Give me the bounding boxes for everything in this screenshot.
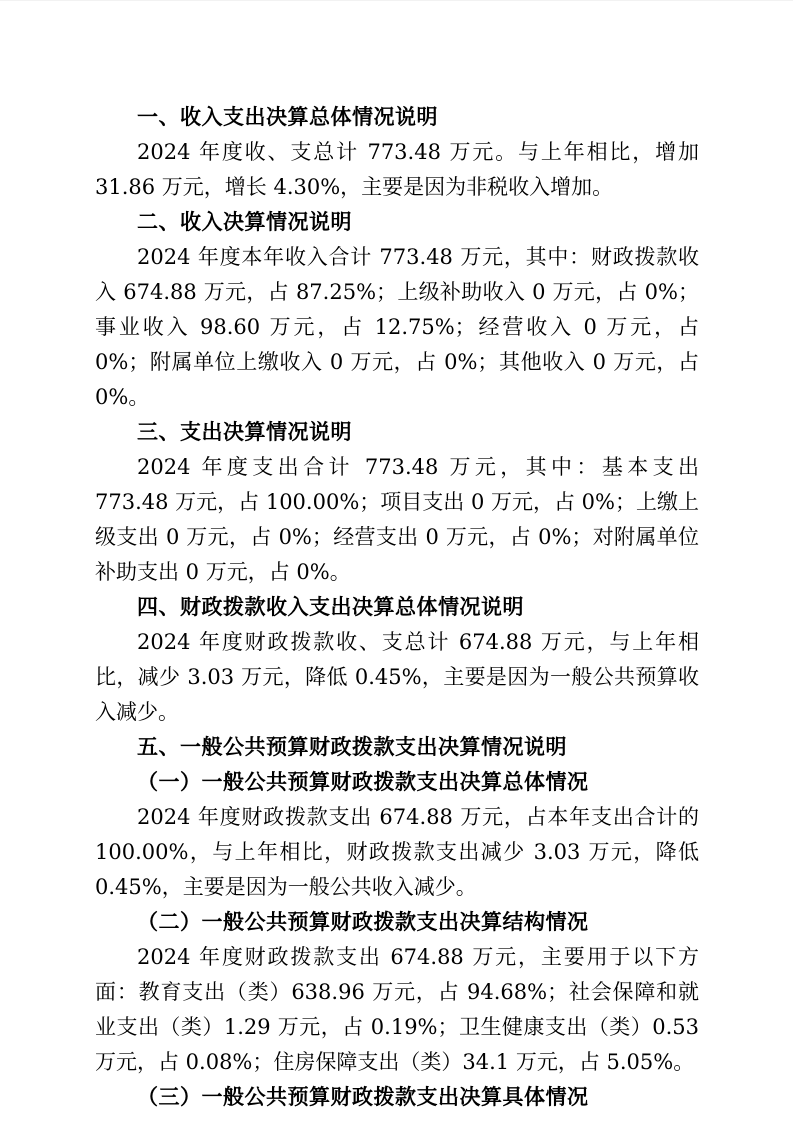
paragraph-section-4: 2024 年度财政拨款收、支总计 674.88 万元，与上年相比，减少 3.03… bbox=[95, 625, 699, 730]
paragraph-section-1: 2024 年度收、支总计 773.48 万元。与上年相比，增加 31.86 万元… bbox=[95, 135, 699, 205]
heading-section-5: 五、一般公共预算财政拨款支出决算情况说明 bbox=[95, 730, 699, 765]
subheading-section-5-3: （三）一般公共预算财政拨款支出决算具体情况 bbox=[95, 1080, 699, 1115]
subheading-section-5-1: （一）一般公共预算财政拨款支出决算总体情况 bbox=[95, 765, 699, 800]
document-content: 一、收入支出决算总体情况说明 2024 年度收、支总计 773.48 万元。与上… bbox=[95, 100, 699, 1115]
paragraph-section-3: 2024 年度支出合计 773.48 万元，其中：基本支出 773.48 万元，… bbox=[95, 450, 699, 590]
heading-section-2: 二、收入决算情况说明 bbox=[95, 205, 699, 240]
page-top-edge bbox=[0, 0, 793, 1]
heading-section-1: 一、收入支出决算总体情况说明 bbox=[95, 100, 699, 135]
paragraph-section-5-1: 2024 年度财政拨款支出 674.88 万元，占本年支出合计的 100.00%… bbox=[95, 800, 699, 905]
document-page: 一、收入支出决算总体情况说明 2024 年度收、支总计 773.48 万元。与上… bbox=[0, 0, 793, 1122]
heading-section-3: 三、支出决算情况说明 bbox=[95, 415, 699, 450]
paragraph-section-5-2: 2024 年度财政拨款支出 674.88 万元，主要用于以下方面：教育支出（类）… bbox=[95, 940, 699, 1080]
heading-section-4: 四、财政拨款收入支出决算总体情况说明 bbox=[95, 590, 699, 625]
paragraph-section-2: 2024 年度本年收入合计 773.48 万元，其中：财政拨款收入 674.88… bbox=[95, 240, 699, 415]
subheading-section-5-2: （二）一般公共预算财政拨款支出决算结构情况 bbox=[95, 905, 699, 940]
